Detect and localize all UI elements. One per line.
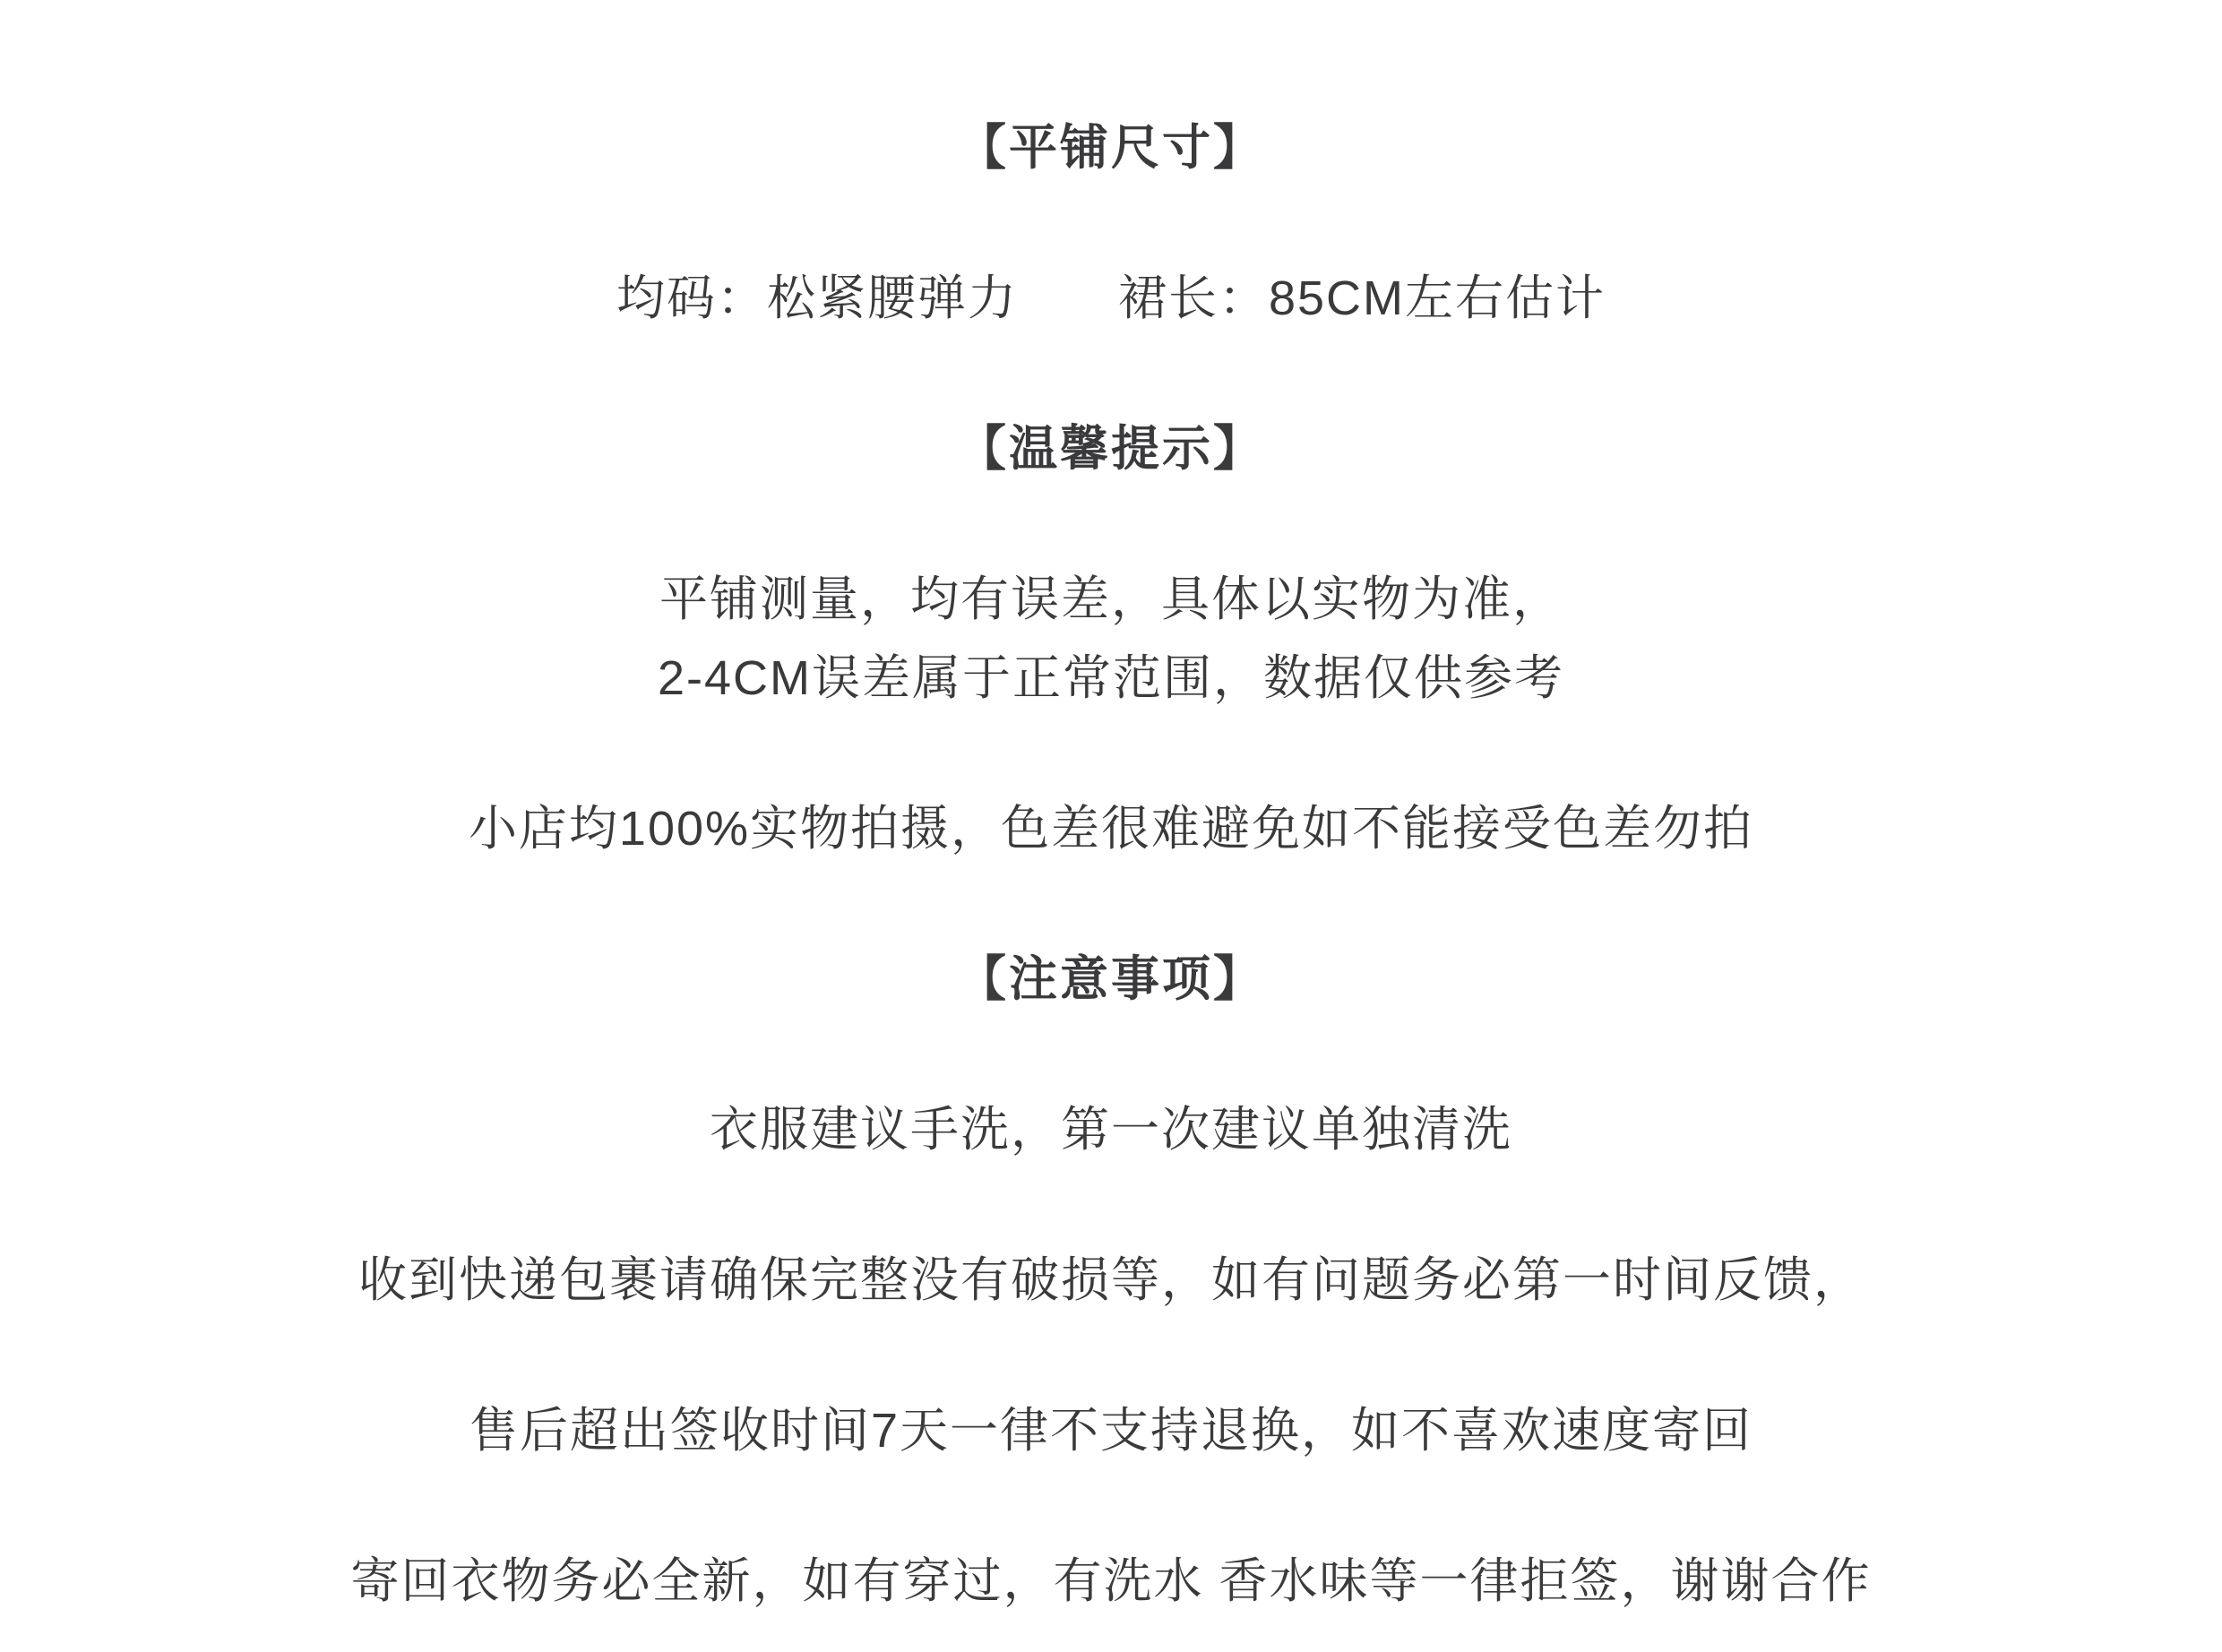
return-condition-note: 寄回衣物务必全新，如有穿过，有洗水 香水味等一律拒签，谢谢合作 xyxy=(350,1553,1871,1609)
measurement-note-line-2: 2-4CM误差属于正常范围，数据仅供参考 xyxy=(658,650,1564,706)
package-inspection-note: 收到快递包裹请确保完整没有破损等，如有问题务必第一时间反馈， xyxy=(358,1252,1864,1308)
section-heading-flat-size: 【平铺尺寸】 xyxy=(958,120,1264,176)
product-description-page: 【平铺尺寸】 均码：松紧腰弹力 裙长：85CM左右估计 【温馨提示】 平铺测量，… xyxy=(0,0,2222,1609)
measurement-note-line-1: 平铺测量，均有误差，具体以实物为准， xyxy=(659,572,1563,627)
section-heading-warm-tips: 【温馨提示】 xyxy=(958,421,1264,477)
section-heading-notices: 【注意事项】 xyxy=(958,951,1264,1007)
washing-advice-note: 衣服建议手洗，第一次建议单独清洗 xyxy=(710,1102,1512,1157)
color-difference-note: 小店均100%实物拍摄，色差很难避免如不能接受色差勿拍 xyxy=(469,801,1753,856)
return-policy-note: 售后超出签收时间7天一律不支持退换，如不喜欢速度寄回 xyxy=(469,1403,1753,1458)
size-spec-line: 均码：松紧腰弹力 裙长：85CM左右估计 xyxy=(616,271,1606,326)
